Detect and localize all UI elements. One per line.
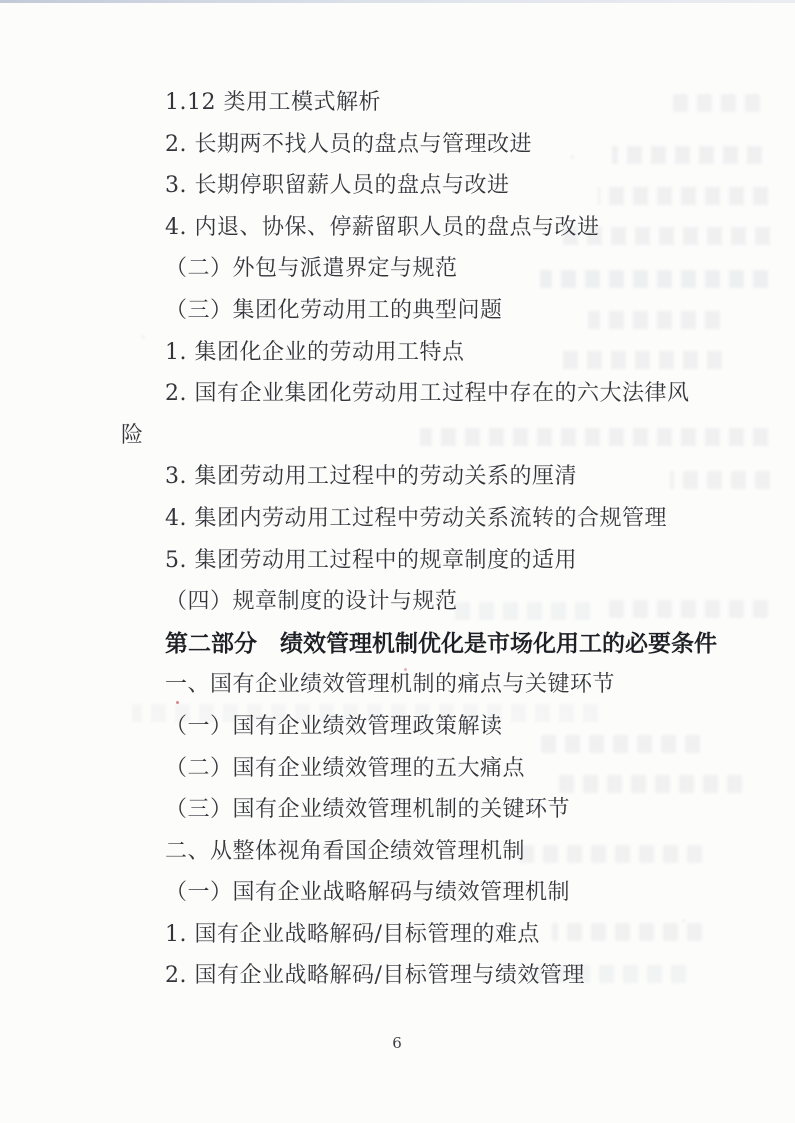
outline-line: 5. 集团劳动用工过程中的规章制度的适用 bbox=[121, 540, 681, 582]
outline-line: 4. 集团内劳动用工过程中劳动关系流转的合规管理 bbox=[121, 498, 681, 540]
page-number: 6 bbox=[0, 1034, 795, 1052]
outline-line: （二）外包与派遣界定与规范 bbox=[121, 248, 681, 290]
outline-line: 2. 国有企业战略解码/目标管理与绩效管理 bbox=[121, 955, 681, 997]
scanner-edge-artifact bbox=[0, 0, 795, 3]
bleedthrough-artifact bbox=[670, 471, 770, 489]
outline-line: （四）规章制度的设计与规范 bbox=[121, 581, 681, 623]
outline-line: 3. 长期停职留薪人员的盘点与改进 bbox=[121, 165, 681, 207]
outline-line: 一、国有企业绩效管理机制的痛点与关键环节 bbox=[121, 664, 681, 706]
outline-line: 3. 集团劳动用工过程中的劳动关系的厘清 bbox=[121, 456, 681, 498]
outline-line: 1. 国有企业战略解码/目标管理的难点 bbox=[121, 914, 681, 956]
outline-line: 1.12 类用工模式解析 bbox=[121, 82, 681, 124]
outline-line: 险 bbox=[121, 415, 681, 457]
outline-line: 2. 长期两不找人员的盘点与管理改进 bbox=[121, 124, 681, 166]
section-heading: 第二部分 绩效管理机制优化是市场化用工的必要条件 bbox=[121, 623, 681, 665]
outline-line: 1. 集团化企业的劳动用工特点 bbox=[121, 332, 681, 374]
outline-line: 4. 内退、协保、停薪留职人员的盘点与改进 bbox=[121, 207, 681, 249]
outline-line: （三）国有企业绩效管理机制的关键环节 bbox=[121, 789, 681, 831]
outline-line: （一）国有企业绩效管理政策解读 bbox=[121, 706, 681, 748]
document-lines: 1.12 类用工模式解析2. 长期两不找人员的盘点与管理改进3. 长期停职留薪人… bbox=[121, 82, 681, 997]
scanned-document-page: 1.12 类用工模式解析2. 长期两不找人员的盘点与管理改进3. 长期停职留薪人… bbox=[0, 0, 795, 1123]
outline-line: 二、从整体视角看国企绩效管理机制 bbox=[121, 831, 681, 873]
outline-line: （二）国有企业绩效管理的五大痛点 bbox=[121, 748, 681, 790]
outline-line: （三）集团化劳动用工的典型问题 bbox=[121, 290, 681, 332]
outline-line: 2. 国有企业集团化劳动用工过程中存在的六大法律风 bbox=[121, 373, 681, 415]
outline-line: （一）国有企业战略解码与绩效管理机制 bbox=[121, 872, 681, 914]
